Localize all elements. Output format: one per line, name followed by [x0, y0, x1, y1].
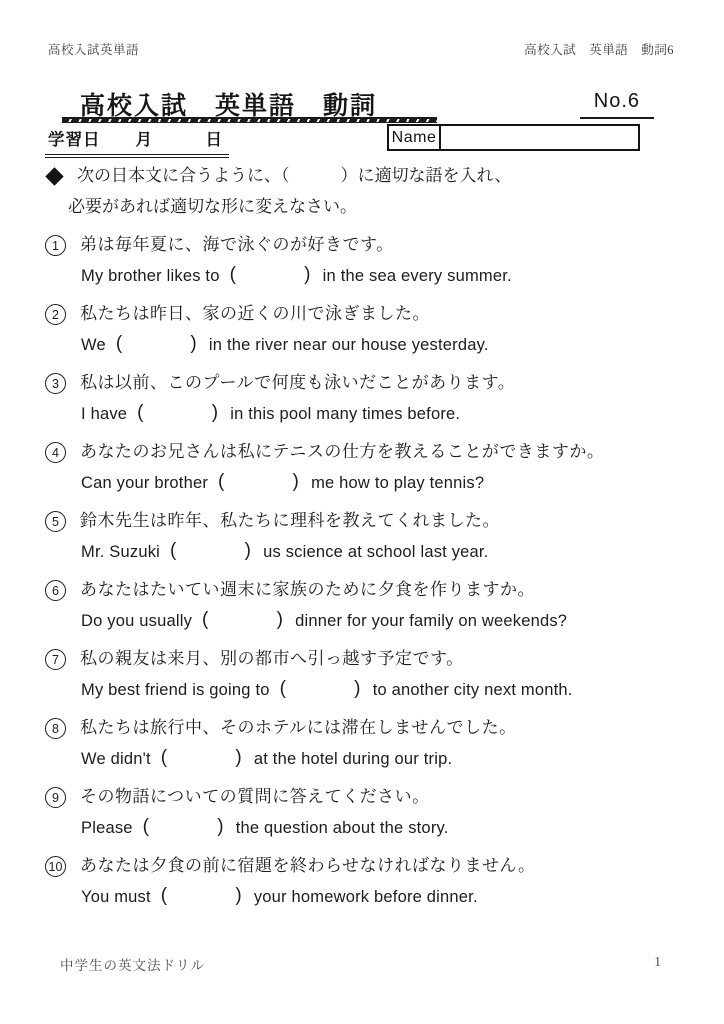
diamond-bullet-icon — [45, 167, 63, 185]
question-item: 9 その物語についての質問に答えてください。 Please ( ) the qu… — [45, 786, 694, 839]
blank-paren-open: ( — [114, 333, 125, 355]
question-number-badge: 8 — [45, 718, 66, 739]
question-number-badge: 4 — [45, 442, 66, 463]
english-text-before-blank: I have — [81, 403, 127, 425]
question-english-row: My best friend is going to ( ) to anothe… — [81, 679, 694, 701]
question-number-badge: 7 — [45, 649, 66, 670]
running-header-right: 高校入試 英単語 動詞6 — [524, 40, 674, 58]
question-japanese-row: 6 あなたはたいてい週末に家族のために夕食を作りますか。 — [45, 579, 694, 601]
question-number-badge: 5 — [45, 511, 66, 532]
question-number-badge: 10 — [45, 856, 66, 877]
footer-series-title: 中学生の英文法ドリル — [60, 954, 205, 974]
question-number-badge: 1 — [45, 235, 66, 256]
blank-paren-close: ) — [352, 678, 363, 700]
blank-paren-close: ) — [302, 264, 313, 286]
answer-blank[interactable] — [227, 474, 291, 492]
answer-blank[interactable] — [124, 336, 188, 354]
english-text-before-blank: Can your brother — [81, 472, 208, 494]
question-japanese-row: 1 弟は毎年夏に、海で泳ぐのが好きです。 — [45, 234, 694, 256]
instruction-text-2: 必要があれば適切な形に変えなさい。 — [68, 197, 357, 216]
question-japanese-text: 鈴木先生は昨年、私たちに理科を教えてくれました。 — [80, 510, 500, 532]
instruction-text-1: 次の日本文に合うように、（ ）に適切な語を入れ、 — [77, 164, 512, 188]
question-item: 1 弟は毎年夏に、海で泳ぐのが好きです。 My brother likes to… — [45, 234, 694, 287]
english-text-before-blank: We — [81, 334, 106, 356]
question-english-row: Mr. Suzuki ( ) us science at school last… — [81, 541, 694, 563]
question-english-row: Do you usually ( ) dinner for your famil… — [81, 610, 694, 632]
english-text-before-blank: My best friend is going to — [81, 679, 270, 701]
worksheet-page: 高校入試英単語 高校入試 英単語 動詞6 高校入試 英単語 動詞 No.6 学習… — [0, 0, 724, 1024]
english-text-after-blank: in the sea every summer. — [323, 265, 512, 287]
question-japanese-row: 7 私の親友は来月、別の都市へ引っ越す予定です。 — [45, 648, 694, 670]
question-japanese-text: あなたのお兄さんは私にテニスの仕方を教えることができますか。 — [80, 441, 604, 463]
english-text-before-blank: You must — [81, 886, 151, 908]
question-item: 8 私たちは旅行中、そのホテルには滞在しませんでした。 We didn't ( … — [45, 717, 694, 770]
page-number: 1 — [654, 954, 662, 974]
answer-blank[interactable] — [179, 543, 243, 561]
question-number-badge: 6 — [45, 580, 66, 601]
worksheet-body: 次の日本文に合うように、（ ）に適切な語を入れ、 必要があれば適切な形に変えなさ… — [45, 164, 694, 924]
name-label: Name — [389, 126, 441, 149]
question-japanese-text: 弟は毎年夏に、海で泳ぐのが好きです。 — [80, 234, 394, 256]
question-japanese-text: 私たちは旅行中、そのホテルには滞在しませんでした。 — [80, 717, 517, 739]
question-english-row: Can your brother ( ) me how to play tenn… — [81, 472, 694, 494]
question-english-row: We ( ) in the river near our house yeste… — [81, 334, 694, 356]
question-english-row: I have ( ) in this pool many times befor… — [81, 403, 694, 425]
question-item: 6 あなたはたいてい週末に家族のために夕食を作りますか。 Do you usua… — [45, 579, 694, 632]
english-text-after-blank: at the hotel during our trip. — [254, 748, 452, 770]
blank-paren-close: ) — [233, 747, 244, 769]
english-text-after-blank: in this pool many times before. — [230, 403, 460, 425]
question-list: 1 弟は毎年夏に、海で泳ぐのが好きです。 My brother likes to… — [45, 234, 694, 908]
blank-paren-open: ( — [141, 816, 152, 838]
question-english-row: We didn't ( ) at the hotel during our tr… — [81, 748, 694, 770]
question-japanese-text: 私たちは昨日、家の近くの川で泳ぎました。 — [80, 303, 430, 325]
blank-paren-close: ) — [188, 333, 199, 355]
blank-paren-open: ( — [200, 609, 211, 631]
question-japanese-text: 私は以前、このプールで何度も泳いだことがあります。 — [80, 372, 515, 394]
answer-blank[interactable] — [238, 267, 302, 285]
question-number-badge: 2 — [45, 304, 66, 325]
instruction-line-2: 必要があれば適切な形に変えなさい。 — [68, 195, 694, 219]
question-japanese-row: 10 あなたは夕食の前に宿題を終わらせなければなりません。 — [45, 855, 694, 877]
answer-blank[interactable] — [151, 819, 215, 837]
question-item: 7 私の親友は来月、別の都市へ引っ越す予定です。 My best friend … — [45, 648, 694, 701]
blank-paren-open: ( — [135, 402, 146, 424]
blank-paren-open: ( — [168, 540, 179, 562]
blank-paren-close: ) — [233, 885, 244, 907]
blank-paren-close: ) — [210, 402, 221, 424]
sheet-number: No.6 — [580, 90, 654, 119]
running-header-left: 高校入試英単語 — [48, 40, 139, 58]
english-text-after-blank: to another city next month. — [373, 679, 573, 701]
question-japanese-row: 5 鈴木先生は昨年、私たちに理科を教えてくれました。 — [45, 510, 694, 532]
answer-blank[interactable] — [169, 750, 233, 768]
english-text-before-blank: Do you usually — [81, 610, 192, 632]
question-japanese-text: 私の親友は来月、別の都市へ引っ越す予定です。 — [80, 648, 464, 670]
question-japanese-row: 3 私は以前、このプールで何度も泳いだことがあります。 — [45, 372, 694, 394]
blank-paren-close: ) — [291, 471, 302, 493]
question-japanese-text: あなたはたいてい週末に家族のために夕食を作りますか。 — [80, 579, 535, 601]
english-text-before-blank: Please — [81, 817, 133, 839]
blank-paren-open: ( — [216, 471, 227, 493]
question-english-row: My brother likes to ( ) in the sea every… — [81, 265, 694, 287]
english-text-after-blank: your homework before dinner. — [254, 886, 478, 908]
english-text-after-blank: us science at school last year. — [263, 541, 488, 563]
question-japanese-row: 2 私たちは昨日、家の近くの川で泳ぎました。 — [45, 303, 694, 325]
question-japanese-text: その物語についての質問に答えてください。 — [80, 786, 430, 808]
question-number-badge: 9 — [45, 787, 66, 808]
blank-paren-close: ) — [275, 609, 286, 631]
question-english-row: You must ( ) your homework before dinner… — [81, 886, 694, 908]
blank-paren-open: ( — [278, 678, 289, 700]
blank-paren-open: ( — [228, 264, 239, 286]
question-item: 5 鈴木先生は昨年、私たちに理科を教えてくれました。 Mr. Suzuki ( … — [45, 510, 694, 563]
answer-blank[interactable] — [146, 405, 210, 423]
title-underline-decoration — [62, 117, 437, 123]
question-japanese-row: 9 その物語についての質問に答えてください。 — [45, 786, 694, 808]
blank-paren-open: ( — [159, 747, 170, 769]
question-item: 3 私は以前、このプールで何度も泳いだことがあります。 I have ( ) i… — [45, 372, 694, 425]
question-number-badge: 3 — [45, 373, 66, 394]
english-text-after-blank: in the river near our house yesterday. — [209, 334, 489, 356]
english-text-after-blank: dinner for your family on weekends? — [295, 610, 567, 632]
question-item: 10 あなたは夕食の前に宿題を終わらせなければなりません。 You must (… — [45, 855, 694, 908]
answer-blank[interactable] — [288, 681, 352, 699]
instruction-line-1: 次の日本文に合うように、（ ）に適切な語を入れ、 — [45, 164, 694, 188]
answer-blank[interactable] — [211, 612, 275, 630]
english-text-before-blank: My brother likes to — [81, 265, 220, 287]
question-japanese-row: 4 あなたのお兄さんは私にテニスの仕方を教えることができますか。 — [45, 441, 694, 463]
study-date-label: 学習日 月 日 — [45, 126, 229, 158]
name-box: Name — [387, 124, 640, 151]
page-footer: 中学生の英文法ドリル 1 — [60, 954, 662, 974]
blank-paren-close: ) — [243, 540, 254, 562]
blank-paren-close: ) — [215, 816, 226, 838]
info-row: 学習日 月 日 Name — [45, 124, 664, 156]
english-text-after-blank: the question about the story. — [236, 817, 449, 839]
question-english-row: Please ( ) the question about the story. — [81, 817, 694, 839]
english-text-after-blank: me how to play tennis? — [311, 472, 484, 494]
question-item: 2 私たちは昨日、家の近くの川で泳ぎました。 We ( ) in the riv… — [45, 303, 694, 356]
answer-blank[interactable] — [169, 888, 233, 906]
question-japanese-row: 8 私たちは旅行中、そのホテルには滞在しませんでした。 — [45, 717, 694, 739]
english-text-before-blank: Mr. Suzuki — [81, 541, 160, 563]
blank-paren-open: ( — [159, 885, 170, 907]
english-text-before-blank: We didn't — [81, 748, 151, 770]
question-item: 4 あなたのお兄さんは私にテニスの仕方を教えることができますか。 Can you… — [45, 441, 694, 494]
name-input-field[interactable] — [441, 126, 638, 149]
running-header: 高校入試英単語 高校入試 英単語 動詞6 — [48, 40, 674, 58]
question-japanese-text: あなたは夕食の前に宿題を終わらせなければなりません。 — [80, 855, 536, 877]
